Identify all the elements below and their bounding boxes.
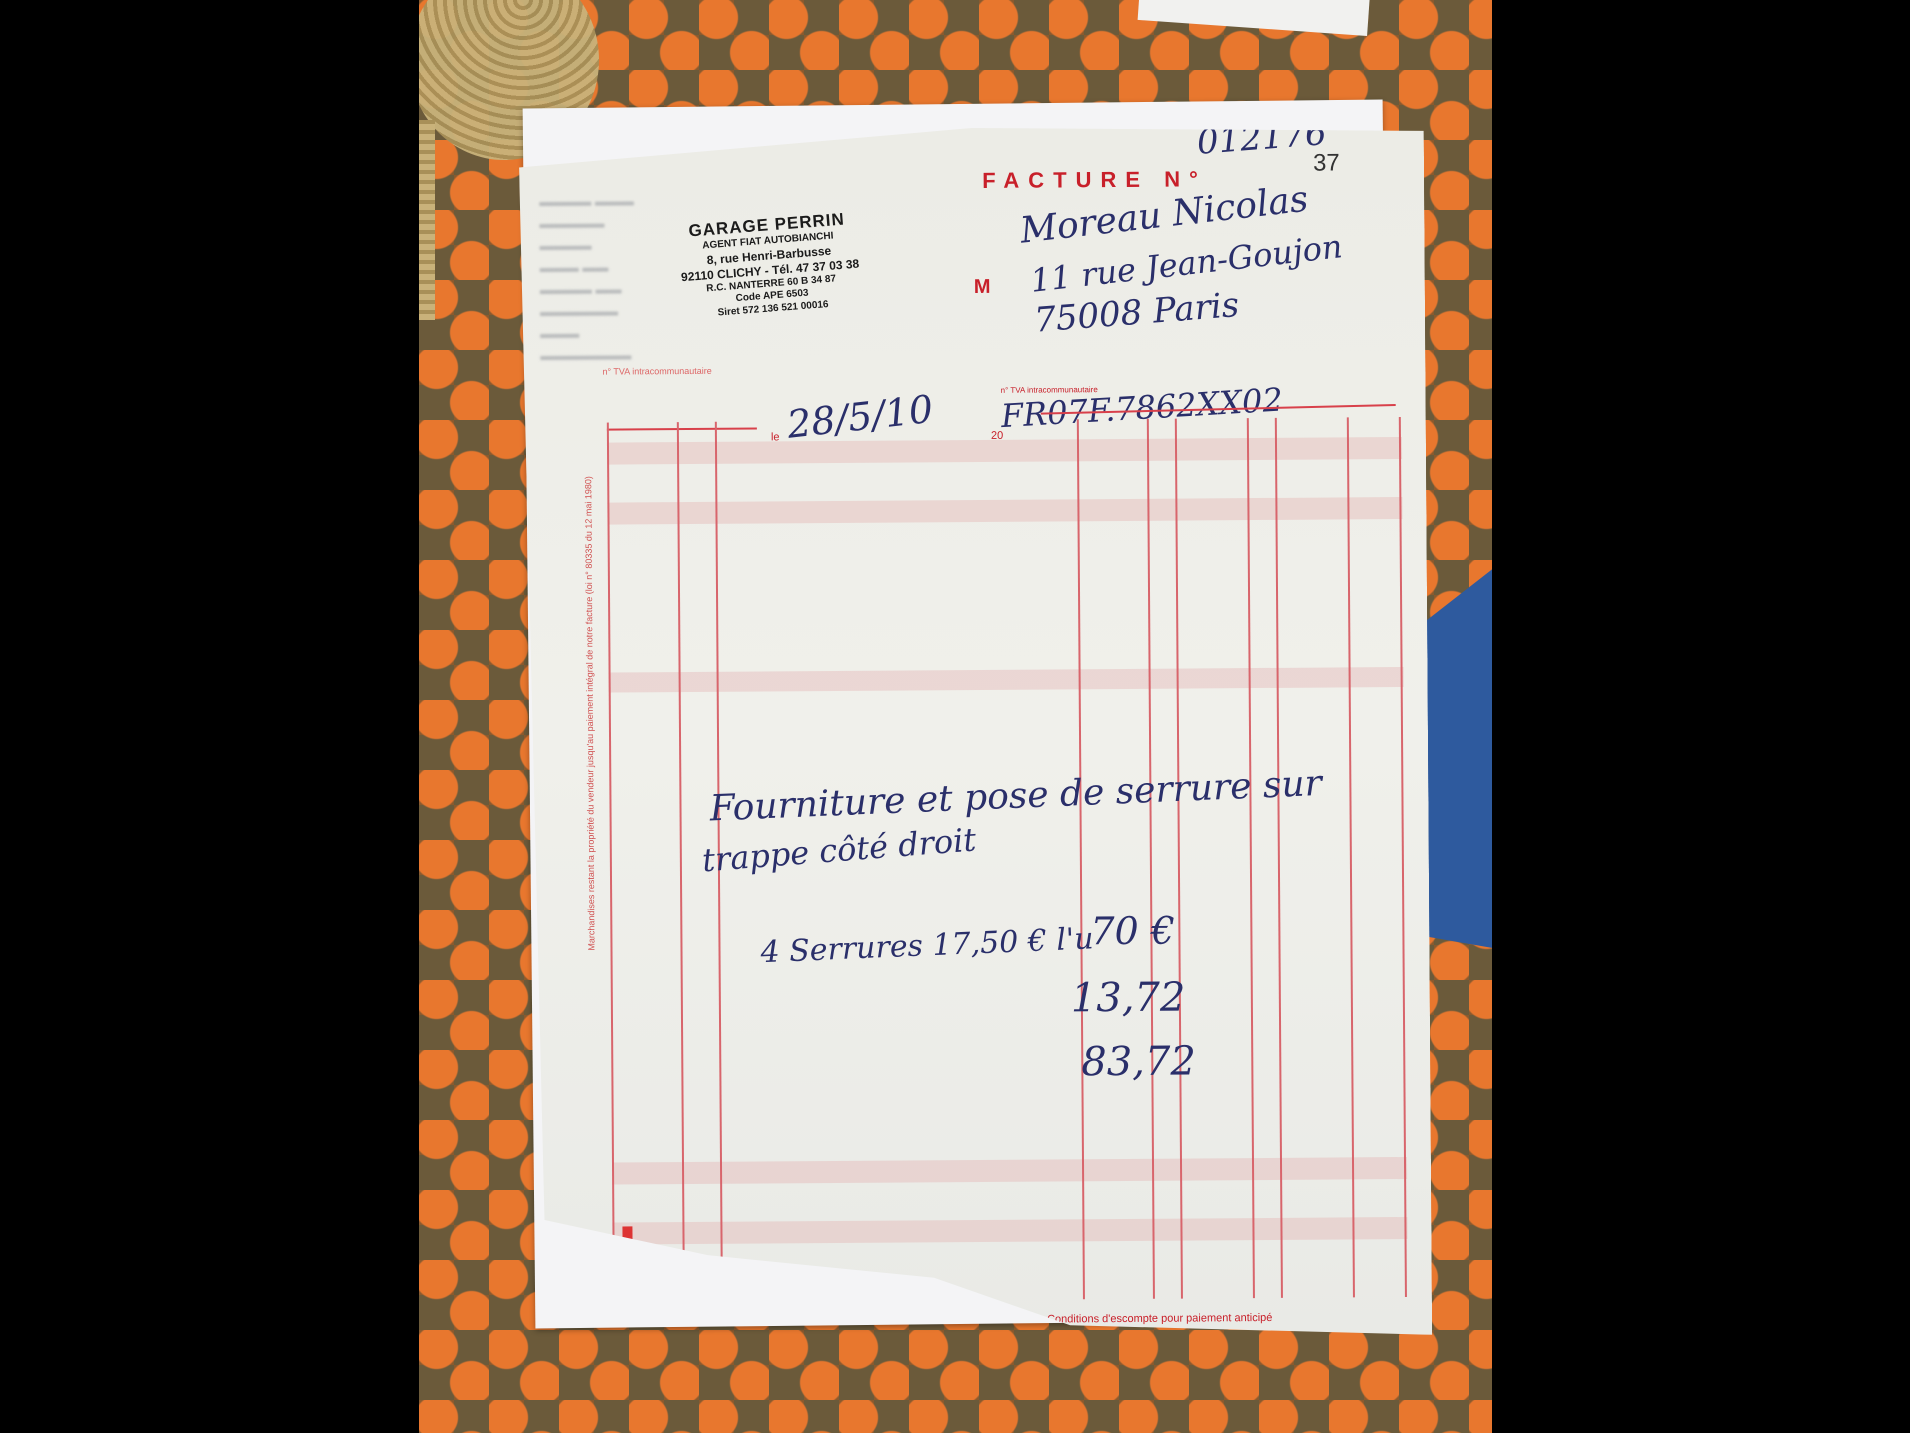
stray-paper-top [1138,0,1371,36]
invoice-sheet: ▬▬▬▬ ▬▬▬▬▬▬▬▬ ▬▬▬▬▬▬▬ ▬▬▬▬▬▬ ▬▬▬▬▬▬▬▬ ▬▬… [519,125,1432,1341]
recipient-prefix: M [974,276,991,299]
invoice-table: Fourniture et pose de serrure sur trappe… [607,417,1408,1303]
bleed-through-text: ▬▬▬▬ ▬▬▬▬▬▬▬▬ ▬▬▬▬▬▬▬ ▬▬▬▬▬▬ ▬▬▬▬▬▬▬▬ ▬▬… [539,190,661,441]
table-band [612,1157,1407,1185]
description-line-2: trappe côté droit [701,820,978,879]
table-band [607,497,1402,525]
amount-excl-tax: 70 € [1090,909,1175,954]
footer-discount-conditions: Conditions d'escompte pour paiement anti… [1047,1312,1272,1326]
amount-tax: 13,72 [1071,975,1186,1022]
table-band [609,667,1404,693]
tva-label-left: n° TVA intracommunautaire [602,366,711,377]
description-line-1: Fourniture et pose de serrure sur [709,763,1323,830]
table-band [612,1217,1407,1245]
retention-of-title-clause: Marchandises restant la propriété du ven… [582,351,596,951]
table-band [607,437,1402,465]
item-quantity-line: 4 Serrures 17,50 € l'u [760,921,1094,970]
document-photo: ▬▬▬▬ ▬▬▬▬▬▬▬▬ ▬▬▬▬▬▬▬ ▬▬▬▬▬▬ ▬▬▬▬▬▬▬▬ ▬▬… [419,0,1492,1433]
invoice-title: FACTURE N° [982,166,1207,194]
amount-total: 83,72 [1081,1038,1196,1085]
woven-placemat-edge [419,120,435,320]
table-column-rule [607,423,615,1303]
garage-stamp: GARAGE PERRIN AGENT FIAT AUTOBIANCHI 8, … [661,207,878,324]
